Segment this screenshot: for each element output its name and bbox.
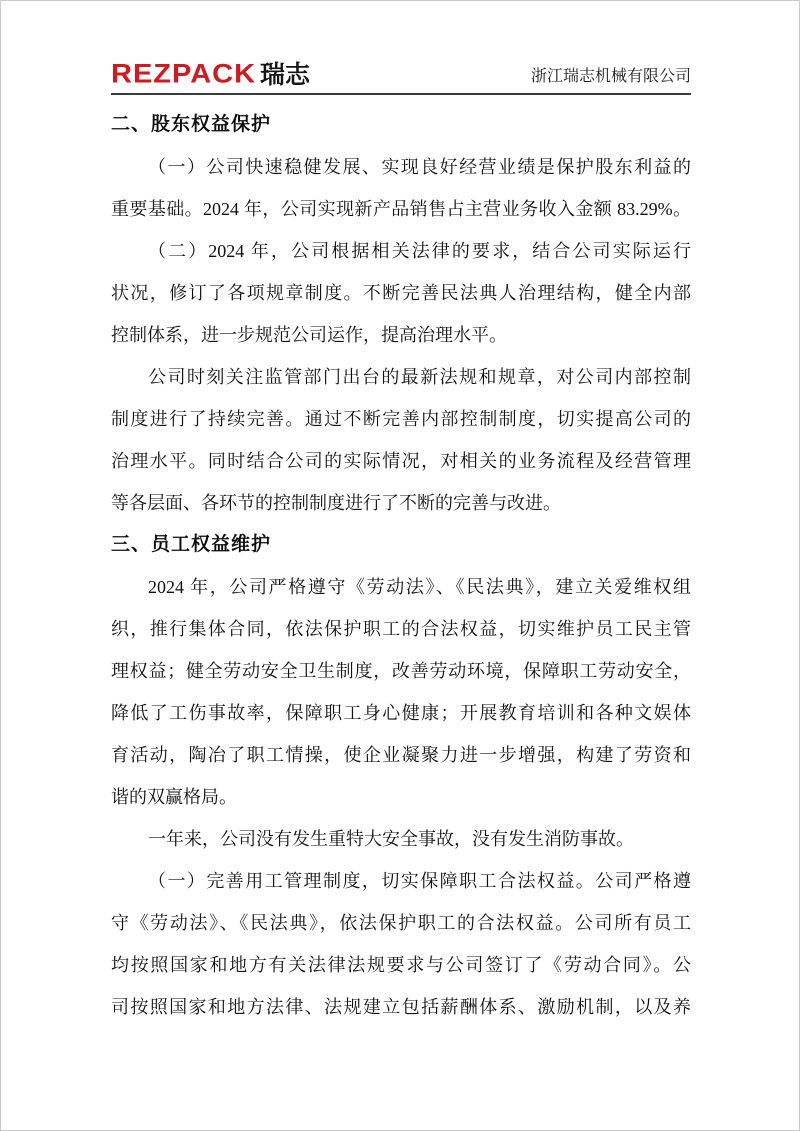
text-line: 谐的双赢格局。 (111, 776, 691, 818)
text-line: 一年来，公司没有发生重特大安全事故，没有发生消防事故。 (111, 818, 691, 860)
text-line: 织，推行集体合同，依法保护职工的合法权益，切实维护员工民主管 (111, 608, 691, 650)
section-heading: 三、员工权益维护 (111, 524, 691, 566)
section-heading: 二、股东权益保护 (111, 104, 691, 146)
text-line: 等各层面、各环节的控制制度进行了不断的完善与改进。 (111, 482, 691, 524)
company-logo: REZPACK 瑞志 (111, 59, 310, 88)
logo-chinese-text: 瑞志 (260, 63, 310, 88)
text-line: 司按照国家和地方法律、法规建立包括薪酬体系、激励机制，以及养 (111, 986, 691, 1028)
document-page: REZPACK 瑞志 浙江瑞志机械有限公司 二、股东权益保护（一）公司快速稳健发… (0, 0, 800, 1131)
text-line: 育活动，陶冶了职工情操，使企业凝聚力进一步增强，构建了劳资和 (111, 734, 691, 776)
document-body: 二、股东权益保护（一）公司快速稳健发展、实现良好经营业绩是保护股东利益的重要基础… (111, 95, 691, 1028)
text-line: （一）完善用工管理制度，切实保障职工合法权益。公司严格遵 (111, 860, 691, 902)
company-name: 浙江瑞志机械有限公司 (531, 63, 691, 88)
text-line: 公司时刻关注监管部门出台的最新法规和规章，对公司内部控制 (111, 356, 691, 398)
text-line: （二）2024 年，公司根据相关法律的要求，结合公司实际运行 (111, 230, 691, 272)
text-line: 制度进行了持续完善。通过不断完善内部控制制度，切实提高公司的 (111, 398, 691, 440)
text-line: 2024 年，公司严格遵守《劳动法》、《民法典》，建立关爱维权组 (111, 566, 691, 608)
text-line: 状况，修订了各项规章制度。不断完善民法典人治理结构，健全内部 (111, 272, 691, 314)
text-line: 降低了工伤事故率，保障职工身心健康；开展教育培训和各种文娱体 (111, 692, 691, 734)
page-header: REZPACK 瑞志 浙江瑞志机械有限公司 (111, 57, 691, 95)
text-line: 守《劳动法》、《民法典》，依法保护职工的合法权益。公司所有员工 (111, 902, 691, 944)
text-line: 控制体系，进一步规范公司运作，提高治理水平。 (111, 314, 691, 356)
text-line: （一）公司快速稳健发展、实现良好经营业绩是保护股东利益的 (111, 146, 691, 188)
text-line: 重要基础。2024 年，公司实现新产品销售占主营业务收入金额 83.29%。 (111, 188, 691, 230)
text-line: 治理水平。同时结合公司的实际情况，对相关的业务流程及经营管理 (111, 440, 691, 482)
text-line: 理权益；健全劳动安全卫生制度，改善劳动环境，保障职工劳动安全， (111, 650, 691, 692)
logo-rezpack-wordmark: REZPACK (111, 61, 256, 88)
text-line: 均按照国家和地方有关法律法规要求与公司签订了《劳动合同》。公 (111, 944, 691, 986)
